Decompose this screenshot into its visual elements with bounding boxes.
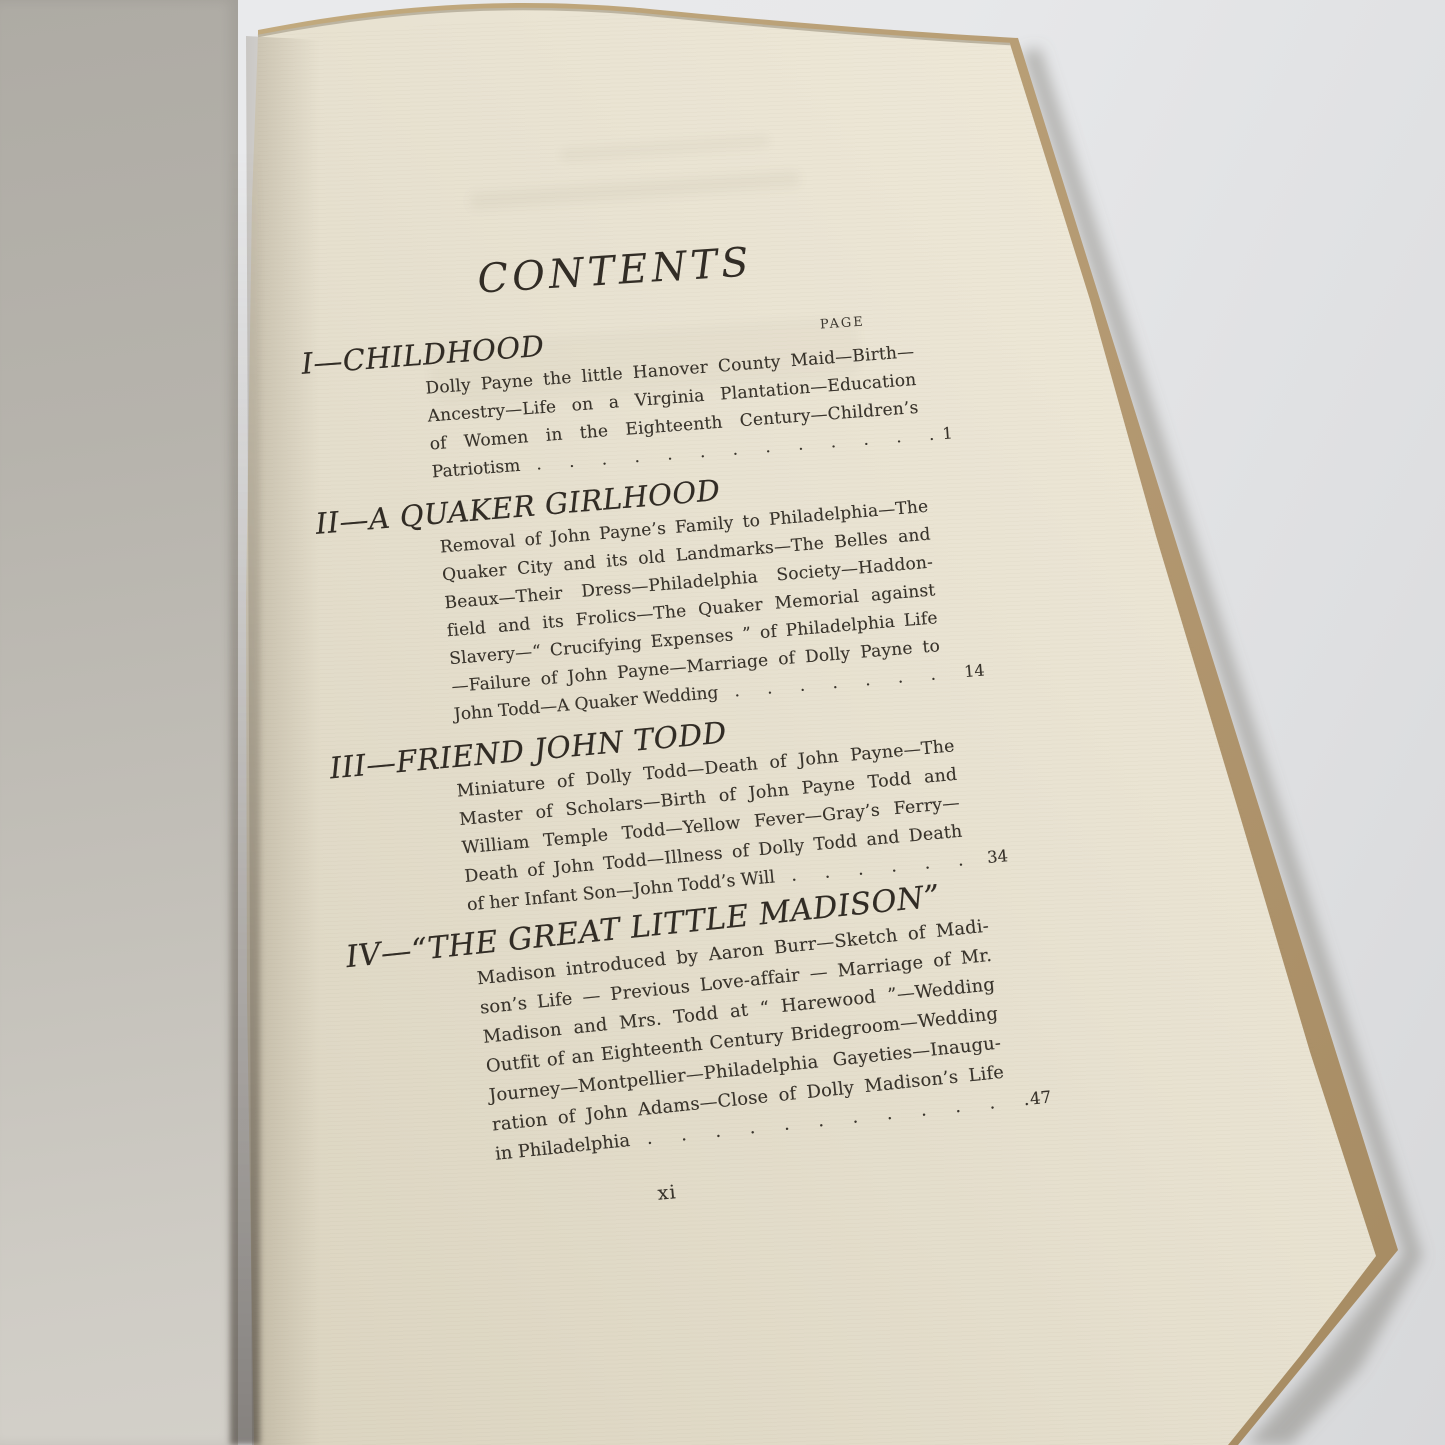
- folio-page-number: xi: [422, 1161, 912, 1226]
- toc-section: II—A QUAKER GIRLHOOD Removal of John Pay…: [314, 454, 951, 739]
- toc-leader-text: Patriotism: [431, 452, 521, 487]
- toc-page-number: 14: [963, 655, 1001, 686]
- toc-body: Removal of John Payne’s Family to Philad…: [439, 493, 944, 729]
- toc-page-number: 1: [941, 417, 979, 448]
- toc-sections: I—CHILDHOOD Dolly Payne the little Hanov…: [300, 346, 920, 1204]
- page-title: CONTENTS: [469, 239, 761, 303]
- toc-page-number: 34: [986, 840, 1025, 872]
- toc-page-number: 47: [1028, 1081, 1069, 1114]
- photo-of-open-book: { "book_page": { "title": "CONTENTS", "c…: [0, 0, 1445, 1445]
- book-page: CONTENTS PAGE I—CHILDHOOD Dolly Payne th…: [252, 0, 1132, 1445]
